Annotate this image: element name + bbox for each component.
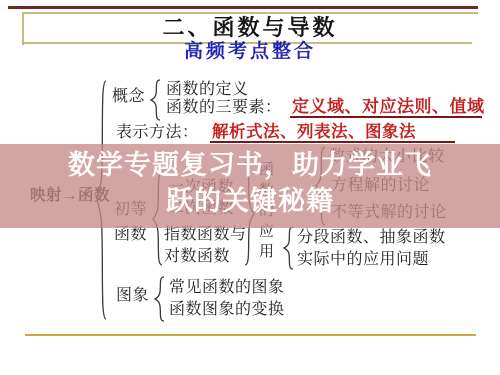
slide-subtitle: 高频考点整合	[0, 36, 500, 63]
graph-item-transform: 函数图象的变换	[169, 301, 285, 319]
representation-value: 解析式法、列表法、图象法	[212, 123, 416, 141]
concept-item-definition: 函数的定义	[166, 81, 249, 99]
elementary-label-line2: 函数	[114, 226, 147, 244]
concept-label: 概念	[112, 88, 145, 106]
bottom-gold-rule	[25, 334, 476, 336]
representation-label: 表示方法：	[116, 124, 199, 142]
watermark-banner: 数学专题复习书，助力学业飞 跃的关键秘籍	[0, 144, 500, 228]
red-underline-1	[290, 116, 482, 118]
concept-item-three-elements-value: 定义域、对应法则、值域	[292, 98, 485, 116]
application-item-piecewise: 分段函数、抽象函数	[297, 229, 446, 247]
graph-brace	[154, 276, 165, 322]
concept-brace	[150, 79, 161, 121]
concept-item-three-elements-label: 函数的三要素：	[166, 99, 282, 117]
elementary-item-logarithmic: 对数函数	[164, 248, 230, 266]
elementary-item-exponential: 指数函数与	[164, 226, 247, 244]
red-underline-2	[210, 141, 455, 143]
application-group2-brace	[283, 226, 294, 270]
watermark-text-line1: 数学专题复习书，助力学业飞	[0, 147, 500, 183]
watermark-text-line2: 跃的关键秘籍	[0, 183, 500, 219]
slide-canvas: 二、函数与导数 高频考点整合 映射→函数 概念 函数的定义 函数的三要素： 定义…	[0, 0, 500, 375]
application-item-practical: 实际中的应用问题	[297, 251, 429, 269]
graph-item-common: 常见函数的图象	[169, 279, 285, 297]
top-maroon-rule	[8, 6, 478, 9]
graph-label: 图象	[116, 287, 149, 305]
